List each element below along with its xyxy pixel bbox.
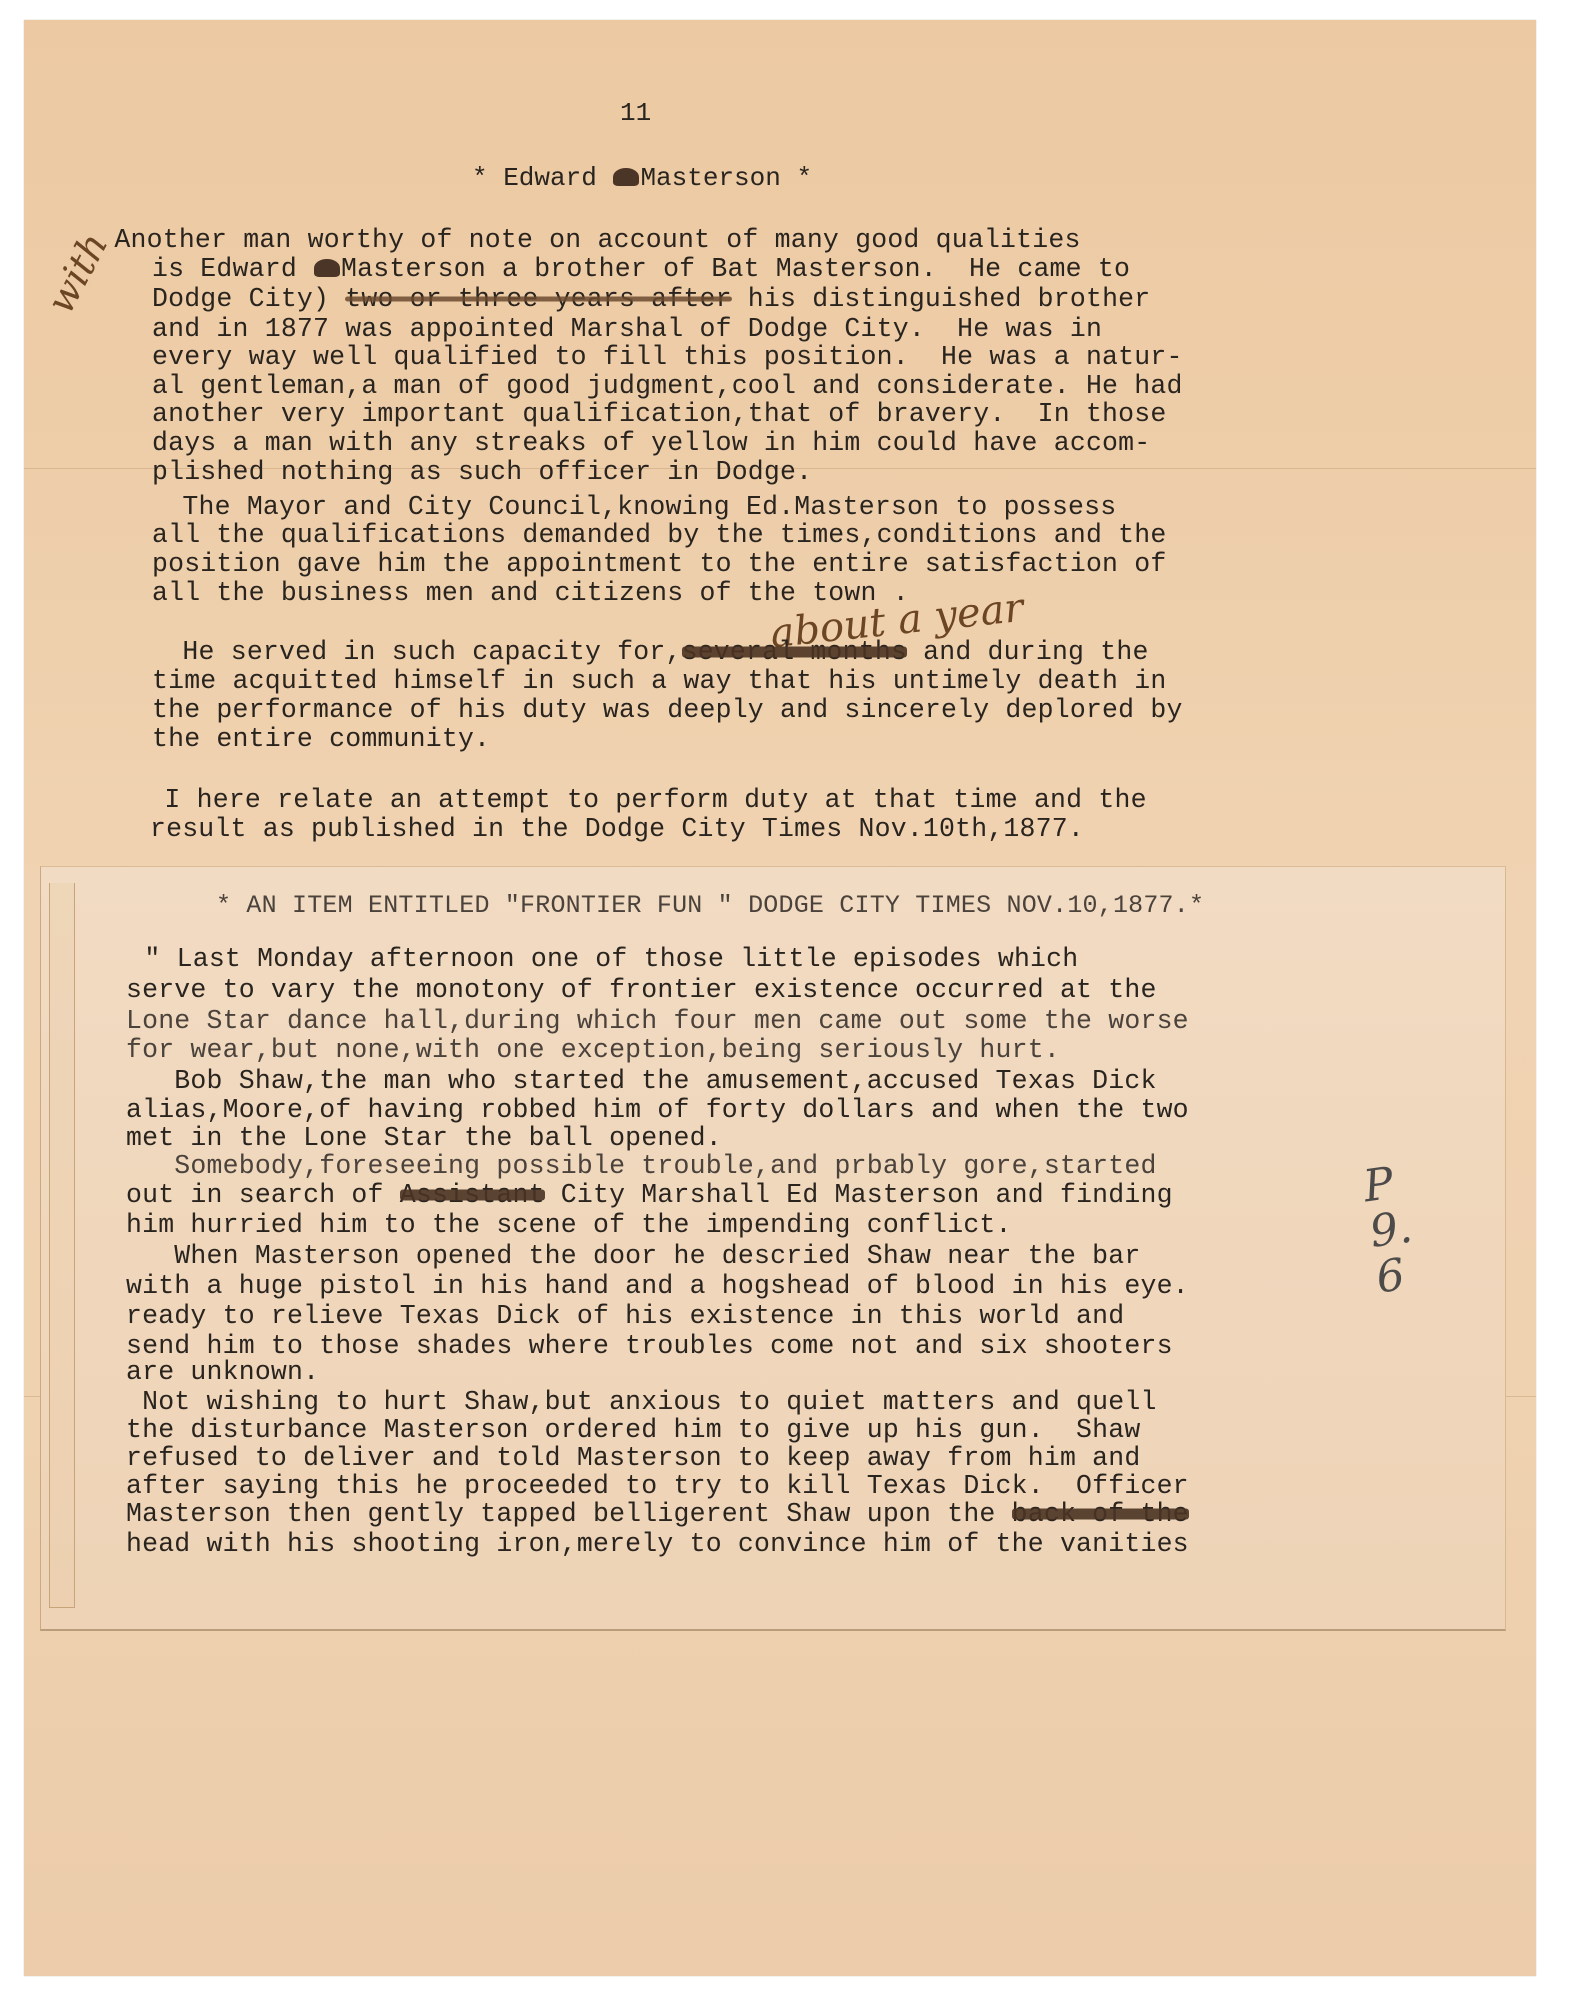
- struck-text: several months: [682, 637, 907, 667]
- clipping-heading: * AN ITEM ENTITLED "FRONTIER FUN " DODGE…: [216, 892, 1204, 920]
- struck-text: two or three years after: [345, 284, 731, 314]
- line-text: Dodge City): [152, 284, 345, 314]
- clipping-line: head with his shooting iron,merely to co…: [126, 1530, 1189, 1558]
- paragraph-line: another very important qualification,tha…: [152, 400, 1166, 428]
- paragraph-line: the performance of his duty was deeply a…: [152, 696, 1183, 724]
- clipping-line: with a huge pistol in his hand and a hog…: [126, 1272, 1189, 1300]
- paragraph-line: He served in such capacity for,several m…: [118, 638, 1149, 666]
- clipping-line: refused to deliver and told Masterson to…: [126, 1444, 1140, 1472]
- line-text: Masterson a brother of Bat Masterson. He…: [341, 254, 1130, 284]
- paragraph-line: and in 1877 was appointed Marshal of Dod…: [152, 315, 1102, 343]
- clipping-line: Somebody,foreseeing possible trouble,and…: [126, 1152, 1157, 1180]
- line-text: City Marshall Ed Masterson and finding: [545, 1180, 1173, 1210]
- title-suffix: Masterson *: [640, 163, 812, 193]
- page-number: 11: [620, 98, 651, 128]
- clipping-tab: [49, 883, 75, 1608]
- paragraph-line: Dodge City) two or three years after his…: [152, 285, 1150, 313]
- clipping-line: him hurried him to the scene of the impe…: [126, 1211, 1012, 1239]
- line-text: his distinguished brother: [732, 284, 1151, 314]
- clipping-line: for wear,but none,with one exception,bei…: [126, 1036, 1060, 1064]
- line-text: He served in such capacity for,: [118, 637, 682, 667]
- paragraph-line: result as published in the Dodge City Ti…: [150, 815, 1084, 843]
- line-text: and during the: [907, 637, 1149, 667]
- title-prefix: * Edward: [472, 163, 612, 193]
- paragraph-line: all the qualifications demanded by the t…: [152, 521, 1166, 549]
- clipping-line: alias,Moore,of having robbed him of fort…: [126, 1096, 1189, 1124]
- clipping-line: after saying this he proceeded to try to…: [126, 1472, 1189, 1500]
- clipping-line: out in search of Assistant City Marshall…: [126, 1181, 1173, 1209]
- clipping-line: serve to vary the monotony of frontier e…: [126, 976, 1157, 1004]
- clipping-line: send him to those shades where troubles …: [126, 1332, 1173, 1360]
- paragraph-line: is Edward Masterson a brother of Bat Mas…: [152, 255, 1130, 283]
- clipping-line: the disturbance Masterson ordered him to…: [126, 1416, 1140, 1444]
- clipping-line: Not wishing to hurt Shaw,but anxious to …: [126, 1388, 1157, 1416]
- paragraph-line: I here relate an attempt to perform duty…: [100, 786, 1147, 814]
- clipping-line: are unknown.: [126, 1358, 319, 1386]
- paragraph-line: all the business men and citizens of the…: [152, 579, 909, 607]
- paragraph-line: Another man worthy of note on account of…: [50, 226, 1081, 254]
- line-text: Masterson then gently tapped belligerent…: [126, 1499, 1012, 1529]
- struck-text: Assistant: [400, 1180, 545, 1210]
- paragraph-line: position gave him the appointment to the…: [152, 550, 1166, 578]
- paragraph-line: plished nothing as such officer in Dodge…: [152, 458, 812, 486]
- ink-blot-icon: [613, 168, 639, 186]
- clipping-line: " Last Monday afternoon one of those lit…: [80, 945, 1078, 973]
- struck-text: back of the: [1012, 1499, 1189, 1529]
- paragraph-line: The Mayor and City Council,knowing Ed.Ma…: [118, 493, 1116, 521]
- line-text: out in search of: [126, 1180, 400, 1210]
- line-text: is Edward: [152, 254, 313, 284]
- clipping-line: Lone Star dance hall,during which four m…: [126, 1007, 1189, 1035]
- paragraph-line: every way well qualified to fill this po…: [152, 343, 1183, 371]
- paragraph-line: al gentleman,a man of good judgment,cool…: [152, 372, 1183, 400]
- clipping-line: When Masterson opened the door he descri…: [126, 1242, 1140, 1270]
- clipping-line: ready to relieve Texas Dick of his exist…: [126, 1302, 1124, 1330]
- page-title: * Edward Masterson *: [472, 163, 812, 193]
- clipping-line: Bob Shaw,the man who started the amuseme…: [126, 1067, 1157, 1095]
- clipping-line: met in the Lone Star the ball opened.: [126, 1124, 722, 1152]
- ink-blot-icon: [314, 259, 340, 277]
- paragraph-line: time acquitted himself in such a way tha…: [152, 667, 1166, 695]
- clipping-line: Masterson then gently tapped belligerent…: [126, 1500, 1189, 1528]
- paragraph-line: the entire community.: [152, 725, 490, 753]
- paragraph-line: days a man with any streaks of yellow in…: [152, 429, 1150, 457]
